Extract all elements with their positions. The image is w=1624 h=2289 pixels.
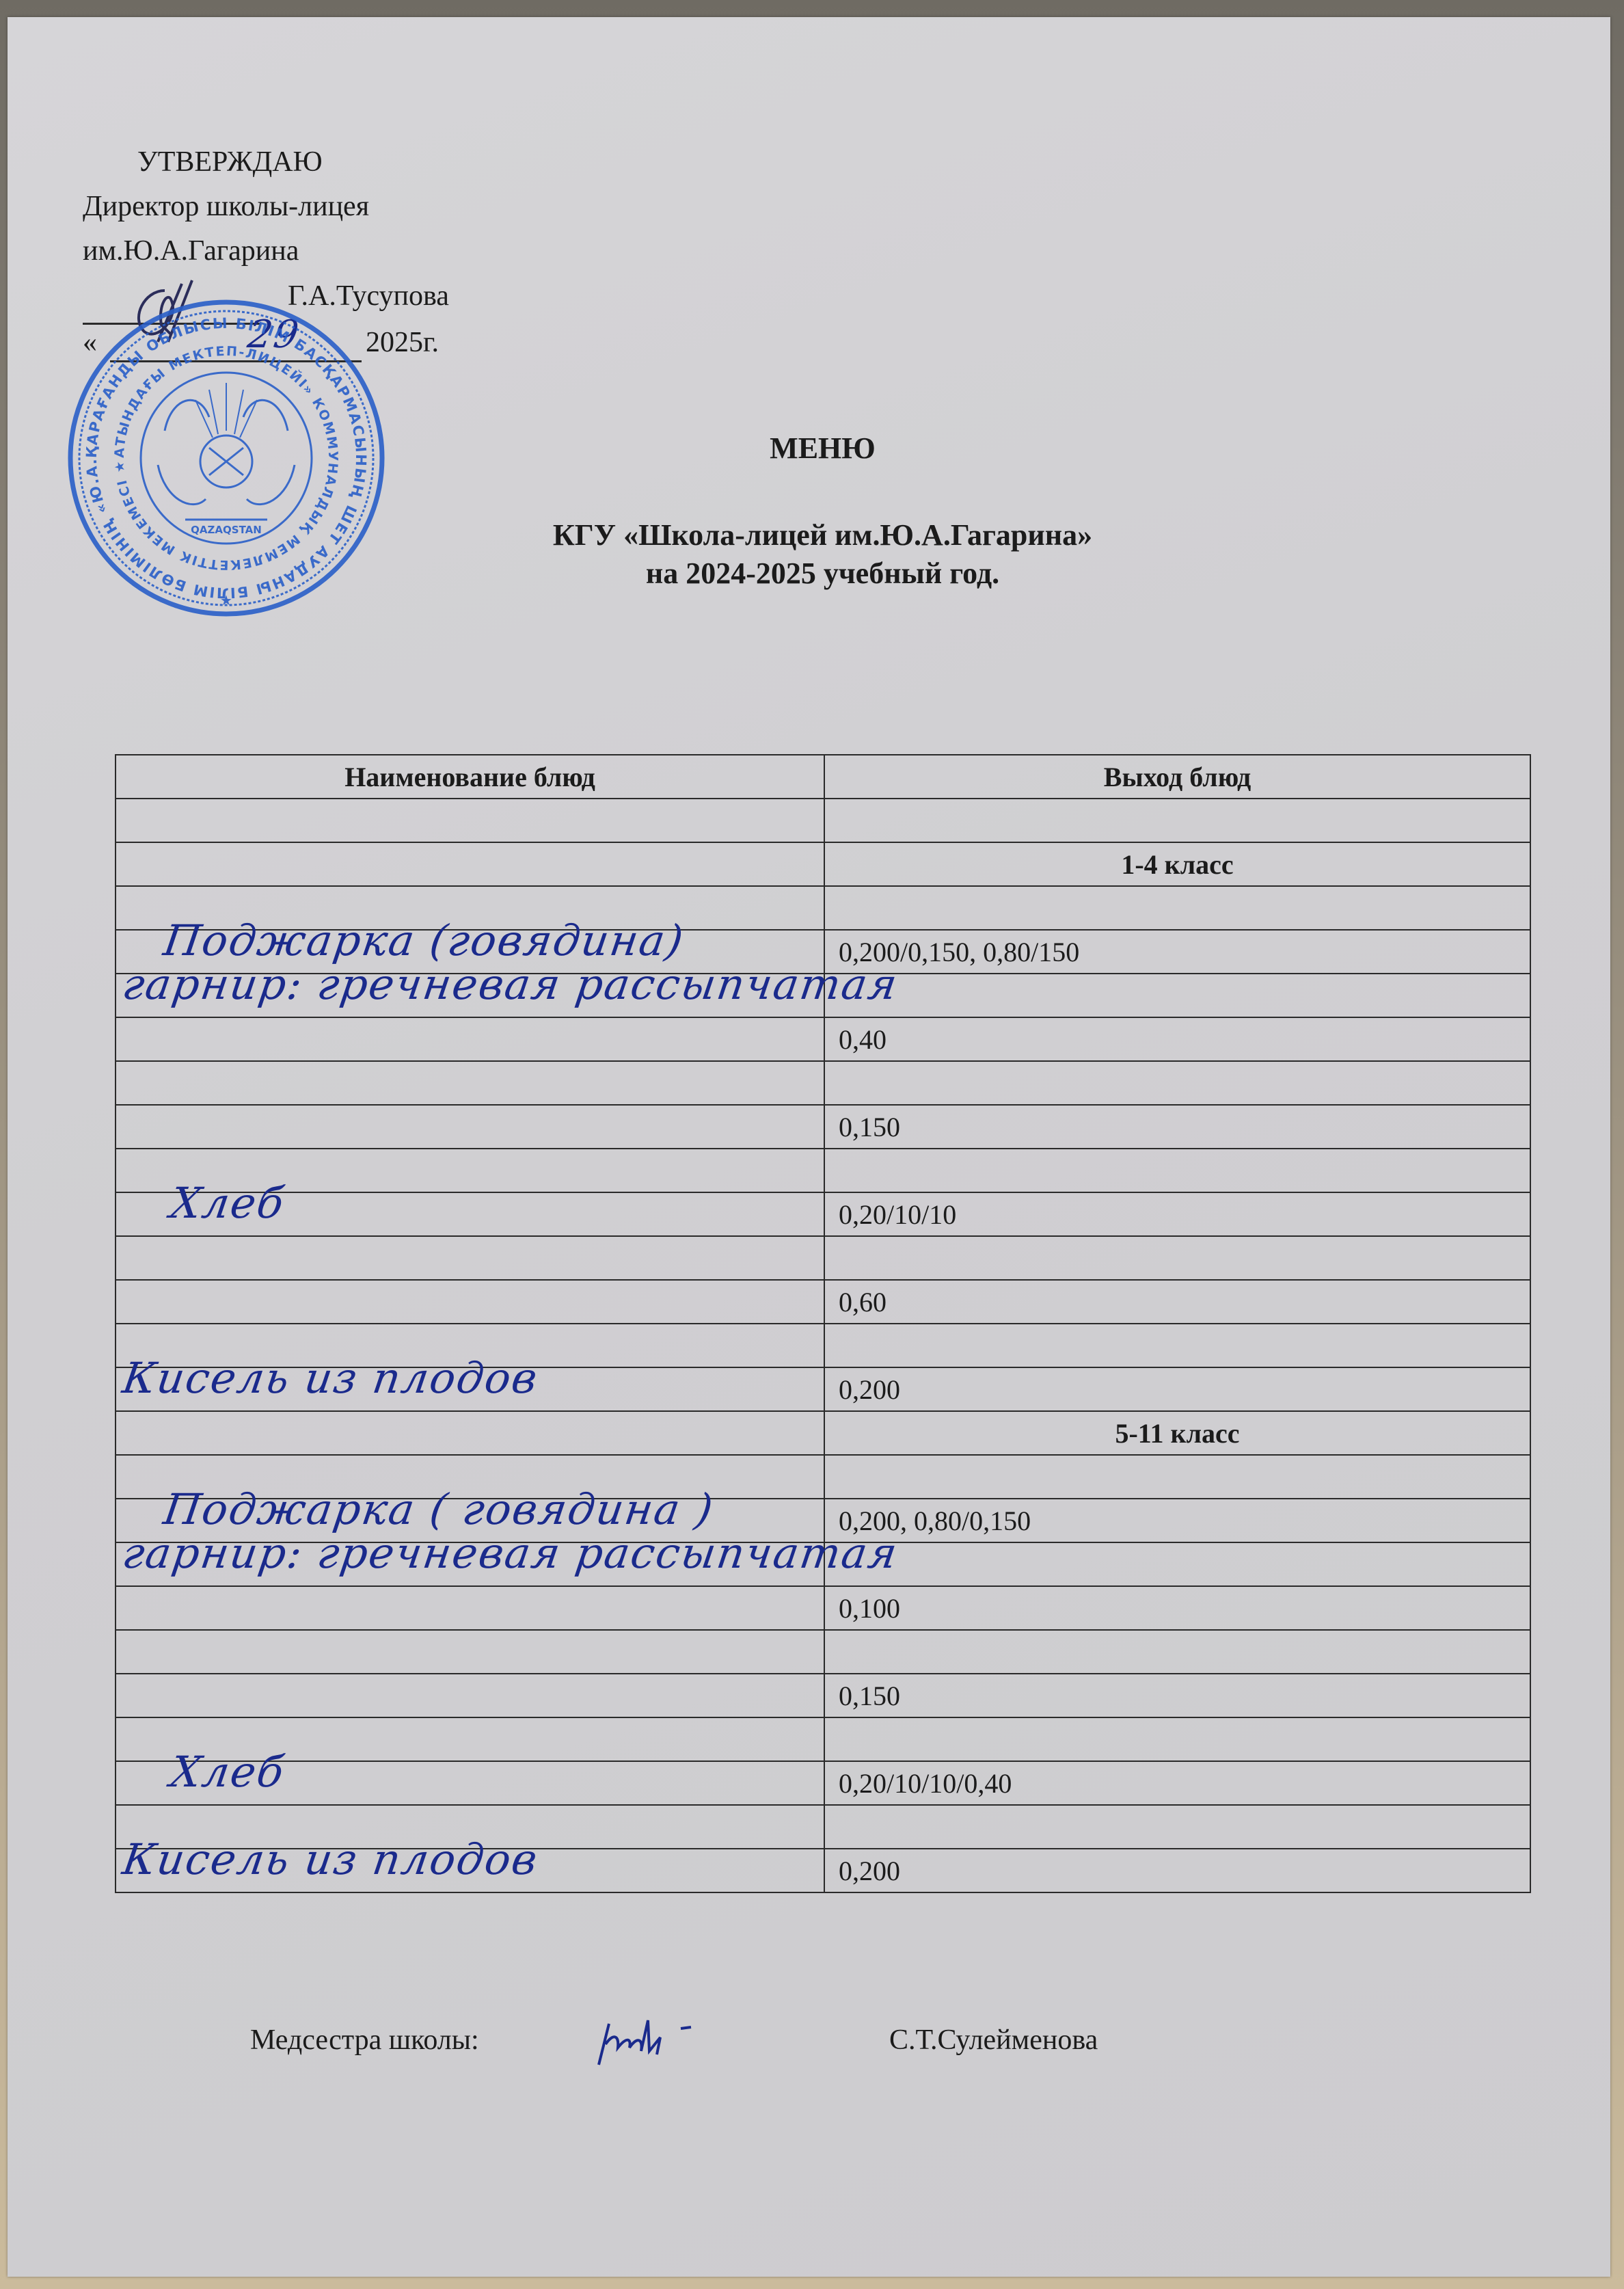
table-row <box>116 1061 1530 1105</box>
dish-name-cell <box>116 1236 824 1280</box>
table-row <box>116 799 1530 842</box>
document-title: МЕНЮ <box>21 431 1624 466</box>
table-row <box>116 1630 1530 1674</box>
table-row <box>116 1717 1530 1761</box>
dish-name-cell <box>116 1280 824 1324</box>
class-section-label: 1-4 класс <box>824 842 1530 886</box>
dish-output-cell: 0,150 <box>824 1674 1530 1717</box>
dish-name-cell: Хлеб <box>116 1761 824 1805</box>
handwritten-dish-name: Кисель из плодов <box>120 1353 541 1403</box>
table-row: Кисель из плодов0,200 <box>116 1367 1530 1411</box>
dish-name-cell: гарнир: гречневая рассыпчатая <box>116 1542 824 1586</box>
dish-output-cell <box>824 1542 1530 1586</box>
dish-output-cell: 0,20/10/10 <box>824 1192 1530 1236</box>
column-header-dish-name: Наименование блюд <box>116 755 824 799</box>
dish-name-cell <box>116 1411 824 1455</box>
table-row: 0,150 <box>116 1674 1530 1717</box>
dish-name-cell: гарнир: гречневая рассыпчатая <box>116 974 824 1017</box>
handwritten-dish-name: Кисель из плодов <box>120 1834 541 1884</box>
dish-output-cell <box>824 1455 1530 1499</box>
dish-name-cell <box>116 799 824 842</box>
dish-output-cell: 0,40 <box>824 1017 1530 1061</box>
dish-output-cell <box>824 1236 1530 1280</box>
dish-output-cell <box>824 886 1530 930</box>
nurse-signature-icon <box>592 2013 708 2068</box>
menu-table: Наименование блюд Выход блюд 1-4 классПо… <box>115 754 1531 1893</box>
handwritten-dish-name: гарнир: гречневая рассыпчатая <box>120 959 902 1009</box>
handwritten-dish-name: гарнир: гречневая рассыпчатая <box>120 1528 902 1578</box>
document-page: УТВЕРЖДАЮ Директор школы-лицея им.Ю.А.Га… <box>8 17 1610 2277</box>
table-row: гарнир: гречневая рассыпчатая <box>116 1542 1530 1586</box>
dish-output-cell <box>824 974 1530 1017</box>
dish-output-cell <box>824 1061 1530 1105</box>
class-section-label: 5-11 класс <box>824 1411 1530 1455</box>
svg-text:★: ★ <box>220 592 232 608</box>
table-row: 0,60 <box>116 1280 1530 1324</box>
table-row: гарнир: гречневая рассыпчатая <box>116 974 1530 1017</box>
dish-output-cell <box>824 1805 1530 1849</box>
table-row: Кисель из плодов0,200 <box>116 1849 1530 1892</box>
approval-position-line2: им.Ю.А.Гагарина <box>83 235 299 267</box>
column-header-output: Выход блюд <box>824 755 1530 799</box>
table-row: 0,150 <box>116 1105 1530 1149</box>
handwritten-dish-name: Хлеб <box>167 1178 288 1228</box>
dish-name-cell: Кисель из плодов <box>116 1849 824 1892</box>
dish-output-cell <box>824 1717 1530 1761</box>
dish-output-cell: 0,150 <box>824 1105 1530 1149</box>
dish-name-cell: Кисель из плодов <box>116 1367 824 1411</box>
table-row: 0,40 <box>116 1017 1530 1061</box>
dish-output-cell: 0,200 <box>824 1367 1530 1411</box>
dish-output-cell: 0,20/10/10/0,40 <box>824 1761 1530 1805</box>
organization-name: КГУ «Школа-лицей им.Ю.А.Гагарина» <box>21 516 1624 554</box>
dish-name-cell <box>116 842 824 886</box>
dish-output-cell: 0,100 <box>824 1586 1530 1630</box>
dish-name-cell <box>116 1674 824 1717</box>
table-row: Хлеб0,20/10/10 <box>116 1192 1530 1236</box>
table-row: 0,100 <box>116 1586 1530 1630</box>
handwritten-dish-name: Поджарка ( говядина ) <box>161 1484 717 1534</box>
handwritten-dish-name: Хлеб <box>167 1747 288 1797</box>
nurse-label: Медсестра школы: <box>250 2024 479 2057</box>
dish-output-cell: 0,200/0,150, 0,80/150 <box>824 930 1530 974</box>
academic-year: на 2024-2025 учебный год. <box>21 554 1624 593</box>
dish-name-cell <box>116 1061 824 1105</box>
handwritten-dish-name: Поджарка (говядина) <box>161 915 688 965</box>
dish-name-cell <box>116 1630 824 1674</box>
dish-output-cell <box>824 799 1530 842</box>
dish-output-cell: 0,200 <box>824 1849 1530 1892</box>
table-row <box>116 1236 1530 1280</box>
dish-output-cell <box>824 1324 1530 1367</box>
dish-name-cell: Хлеб <box>116 1192 824 1236</box>
dish-output-cell: 0,60 <box>824 1280 1530 1324</box>
dish-output-cell: 0,200, 0,80/0,150 <box>824 1499 1530 1542</box>
table-header-row: Наименование блюд Выход блюд <box>116 755 1530 799</box>
approval-position-line1: Директор школы-лицея <box>83 190 369 223</box>
dish-output-cell <box>824 1630 1530 1674</box>
dish-output-cell <box>824 1149 1530 1192</box>
dish-name-cell <box>116 1017 824 1061</box>
approval-heading: УТВЕРЖДАЮ <box>137 146 323 178</box>
section-row: 1-4 класс <box>116 842 1530 886</box>
section-row: 5-11 класс <box>116 1411 1530 1455</box>
table-row: Хлеб0,20/10/10/0,40 <box>116 1761 1530 1805</box>
table-row <box>116 1149 1530 1192</box>
dish-name-cell <box>116 1105 824 1149</box>
dish-name-cell <box>116 1586 824 1630</box>
nurse-name: С.Т.Сулейменова <box>889 2024 1098 2057</box>
